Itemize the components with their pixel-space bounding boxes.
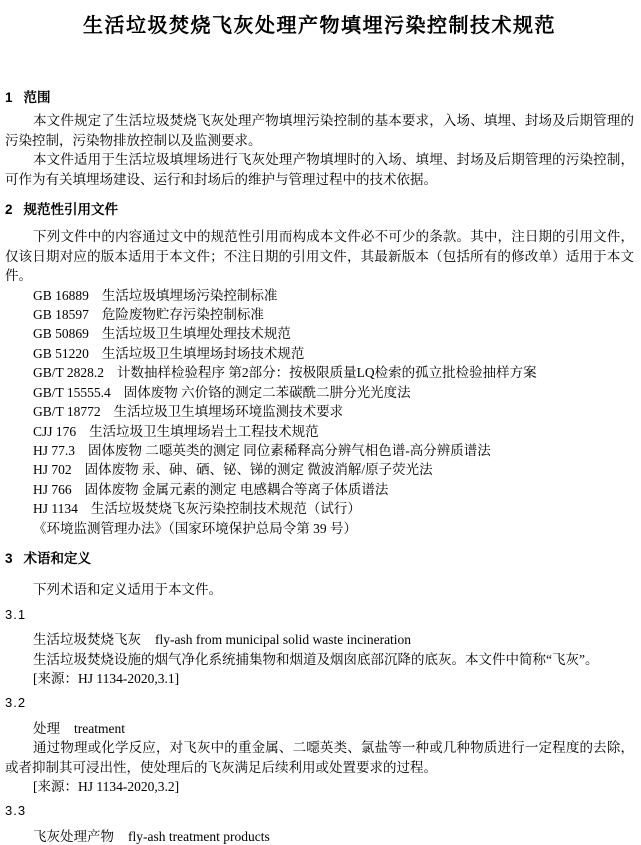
reference-code: GB/T 15555.4: [33, 385, 111, 400]
reference-item: GB 16889生活垃圾填埋场污染控制标准: [5, 286, 634, 305]
page-title: 生活垃圾焚烧飞灰处理产物填埋污染控制技术规范: [5, 14, 634, 38]
reference-title: 固体废物 二噁英类的测定 同位素稀释高分辨气相色谱-高分辨质谱法: [88, 443, 491, 458]
reference-code: GB 50869: [33, 326, 89, 341]
reference-item: GB 50869生活垃圾卫生填埋处理技术规范: [5, 324, 634, 343]
section-3-number: 3: [5, 551, 13, 566]
reference-code: HJ 702: [33, 462, 72, 477]
reference-code: HJ 766: [33, 482, 72, 497]
section-1-number: 1: [5, 90, 13, 105]
term-en: treatment: [74, 721, 125, 736]
section-2-intro: 下列文件中的内容通过文中的规范性引用而构成本文件必不可少的条款。其中，注日期的引…: [5, 227, 634, 285]
section-3-heading: 3术语和定义: [5, 549, 634, 568]
reference-code: HJ 77.3: [33, 443, 75, 458]
term-en: fly-ash from municipal solid waste incin…: [155, 632, 411, 647]
reference-item: GB 51220生活垃圾卫生填埋场封场技术规范: [5, 344, 634, 363]
section-2-number: 2: [5, 202, 13, 217]
reference-item: HJ 702固体废物 汞、砷、硒、铋、锑的测定 微波消解/原子荧光法: [5, 460, 634, 479]
reference-title: 生活垃圾卫生填埋场岩土工程技术规范: [89, 424, 319, 439]
reference-title: 生活垃圾卫生填埋处理技术规范: [102, 326, 291, 341]
section-2-heading: 2规范性引用文件: [5, 200, 634, 219]
reference-title: 固体废物 金属元素的测定 电感耦合等离子体质谱法: [85, 482, 389, 497]
reference-code: GB 18597: [33, 307, 89, 322]
reference-item: GB 18597危险废物贮存污染控制标准: [5, 305, 634, 324]
reference-item: CJJ 176生活垃圾卫生填埋场岩土工程技术规范: [5, 422, 634, 441]
reference-item: HJ 77.3固体废物 二噁英类的测定 同位素稀释高分辨气相色谱-高分辨质谱法: [5, 441, 634, 460]
reference-code: HJ 1134: [33, 501, 78, 516]
term-line: 处理treatment: [5, 719, 634, 738]
reference-regulation: 《环境监测管理办法》（国家环境保护总局令第 39 号）: [5, 519, 634, 538]
term-number: 3.2: [5, 693, 634, 712]
section-1-paragraph: 本文件适用于生活垃圾填埋场进行飞灰处理产物填埋时的入场、填埋、封场及后期管理的污…: [5, 150, 634, 189]
term-number: 3.3: [5, 801, 634, 820]
reference-item: GB/T 2828.2计数抽样检验程序 第2部分：按极限质量LQ检索的孤立批检验…: [5, 363, 634, 382]
section-1-heading-label: 范围: [24, 90, 51, 105]
document-page: 生活垃圾焚烧飞灰处理产物填埋污染控制技术规范 1范围 本文件规定了生活垃圾焚烧飞…: [0, 0, 641, 845]
term-number: 3.1: [5, 605, 634, 624]
section-1-paragraph: 本文件规定了生活垃圾焚烧飞灰处理产物填埋污染控制的基本要求，入场、填埋、封场及后…: [5, 111, 634, 150]
reference-title: 生活垃圾焚烧飞灰污染控制技术规范（试行）: [91, 501, 361, 516]
term-definition: 通过物理或化学反应，对飞灰中的重金属、二噁英类、氯盐等一种或几种物质进行一定程度…: [5, 738, 634, 777]
term-source: [来源：HJ 1134-2020,3.2]: [5, 777, 634, 796]
section-2-heading-label: 规范性引用文件: [24, 202, 119, 217]
reference-item: HJ 1134生活垃圾焚烧飞灰污染控制技术规范（试行）: [5, 499, 634, 518]
reference-title: 危险废物贮存污染控制标准: [102, 307, 264, 322]
term-cn: 处理: [33, 721, 60, 736]
reference-title: 生活垃圾填埋场污染控制标准: [102, 288, 278, 303]
reference-title: 计数抽样检验程序 第2部分：按极限质量LQ检索的孤立批检验抽样方案: [117, 365, 537, 380]
reference-title: 生活垃圾卫生填埋场环境监测技术要求: [114, 404, 344, 419]
reference-title: 固体废物 六价铬的测定二苯碳酰二肼分光光度法: [124, 385, 411, 400]
reference-item: HJ 766固体废物 金属元素的测定 电感耦合等离子体质谱法: [5, 480, 634, 499]
reference-item: GB/T 18772生活垃圾卫生填埋场环境监测技术要求: [5, 402, 634, 421]
reference-item: GB/T 15555.4固体废物 六价铬的测定二苯碳酰二肼分光光度法: [5, 383, 634, 402]
reference-title: 生活垃圾卫生填埋场封场技术规范: [102, 346, 305, 361]
section-1-heading: 1范围: [5, 88, 634, 107]
term-en: fly-ash treatment products: [128, 829, 270, 844]
term-source: [来源：HJ 1134-2020,3.1]: [5, 669, 634, 688]
term-definition: 生活垃圾焚烧设施的烟气净化系统捕集物和烟道及烟囱底部沉降的底灰。本文件中简称“飞…: [5, 650, 634, 669]
reference-code: CJJ 176: [33, 424, 76, 439]
reference-code: GB 51220: [33, 346, 89, 361]
section-3-heading-label: 术语和定义: [24, 551, 92, 566]
reference-code: GB/T 2828.2: [33, 365, 104, 380]
section-3-intro: 下列术语和定义适用于本文件。: [5, 580, 634, 599]
term-cn: 飞灰处理产物: [33, 829, 114, 844]
reference-code: GB/T 18772: [33, 404, 101, 419]
term-cn: 生活垃圾焚烧飞灰: [33, 632, 141, 647]
reference-title: 固体废物 汞、砷、硒、铋、锑的测定 微波消解/原子荧光法: [85, 462, 433, 477]
reference-code: GB 16889: [33, 288, 89, 303]
term-line: 生活垃圾焚烧飞灰fly-ash from municipal solid was…: [5, 630, 634, 649]
term-line: 飞灰处理产物fly-ash treatment products: [5, 827, 634, 845]
